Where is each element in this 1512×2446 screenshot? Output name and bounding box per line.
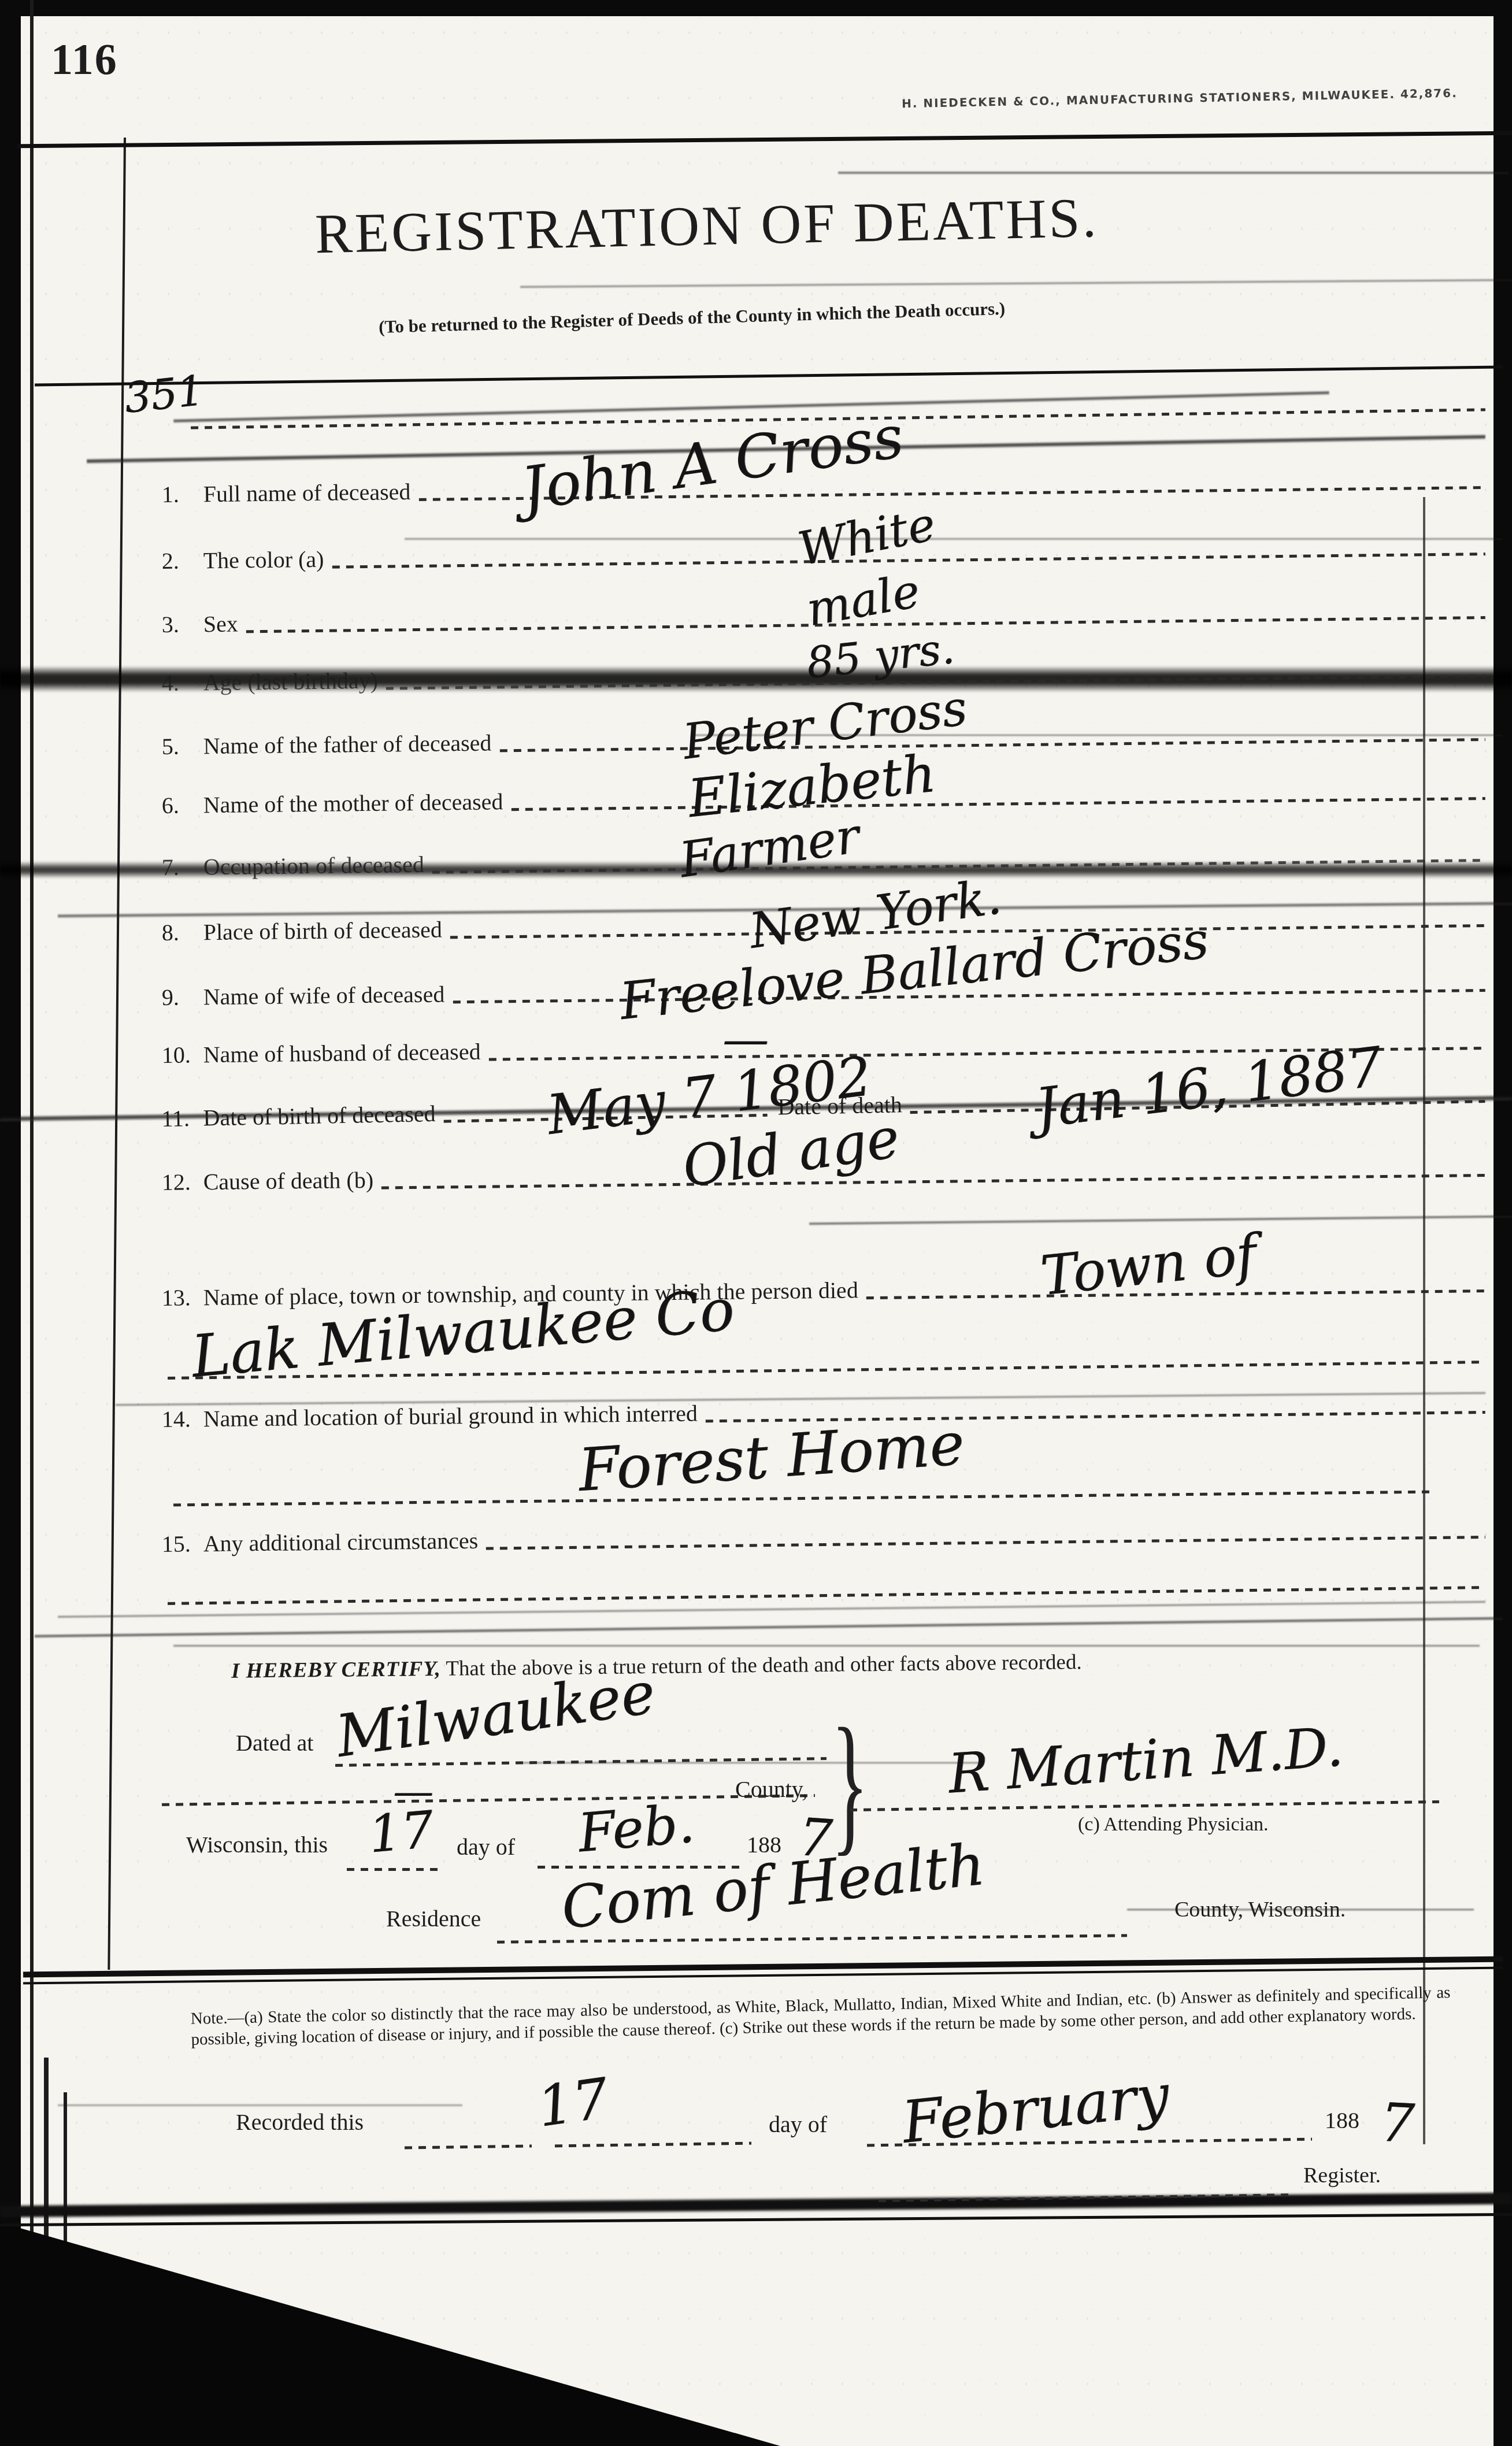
recorded-year-printed: 188 xyxy=(1325,2107,1359,2134)
field-number: 8. xyxy=(161,918,203,946)
dated-at-label: Dated at xyxy=(236,1729,313,1756)
scan-streak xyxy=(520,279,1512,288)
form-title: REGISTRATION OF DEATHS. xyxy=(314,186,1099,266)
field-label: The color (a) xyxy=(203,546,324,574)
top-rule xyxy=(17,131,1512,149)
form-subtitle: (To be returned to the Register of Deeds… xyxy=(379,298,1006,338)
scan-streak xyxy=(173,1644,1480,1647)
field-label: Any additional circumstances xyxy=(203,1527,478,1557)
residence-suffix: County, Wisconsin. xyxy=(1174,1897,1346,1922)
recorded-day-of: day of xyxy=(769,2111,827,2138)
bottom-corner-shadow xyxy=(0,2222,780,2446)
scan-streak xyxy=(809,1215,1512,1226)
recorded-year-digit: 7 xyxy=(1378,2092,1415,2155)
top-edge xyxy=(0,0,1512,16)
field-label: Place of birth of deceased xyxy=(203,916,442,946)
field-number: 11. xyxy=(161,1105,203,1132)
field-label: Name of the mother of deceased xyxy=(203,788,503,818)
death-registration-scan: 116 H. NIEDECKEN & CO., MANUFACTURING ST… xyxy=(0,0,1512,2446)
recorded-prefix-line xyxy=(405,2144,532,2149)
field-label: Cause of death (b) xyxy=(203,1166,373,1195)
field-label: Sex xyxy=(203,610,238,638)
field-number: 10. xyxy=(161,1041,203,1069)
field-row-15: 15. Any additional circumstances xyxy=(161,1515,1485,1558)
recorded-day-line xyxy=(555,2142,751,2148)
field-label: Name of husband of deceased xyxy=(203,1038,480,1068)
recorded-day: 17 xyxy=(533,2066,613,2140)
scan-streak xyxy=(838,171,1509,175)
dotted-line xyxy=(486,1536,1485,1550)
field-number: 7. xyxy=(161,853,203,881)
field-number: 12. xyxy=(161,1168,203,1196)
field-label: Name of wife of deceased xyxy=(203,980,444,1010)
header-rule xyxy=(35,365,1503,386)
state-month-value: Feb. xyxy=(576,1792,697,1864)
scan-streak xyxy=(35,1616,1503,1638)
field-label: Date of birth of deceased xyxy=(203,1100,436,1132)
state-line-prefix: Wisconsin, this xyxy=(186,1831,328,1858)
attending-physician-label: (c) Attending Physician. xyxy=(1078,1814,1269,1836)
residence-label: Residence xyxy=(386,1905,481,1932)
field-number: 14. xyxy=(161,1405,203,1433)
blank-line xyxy=(162,1794,815,1806)
footnote: Note.—(a) State the color so distinctly … xyxy=(190,1982,1451,2050)
field-number: 1. xyxy=(161,480,203,508)
margin-rule xyxy=(108,138,126,1970)
field-number: 13. xyxy=(161,1284,203,1311)
printer-imprint: H. NIEDECKEN & CO., MANUFACTURING STATIO… xyxy=(902,86,1458,110)
county-label: County, xyxy=(735,1776,807,1803)
state-day-value: 17 xyxy=(366,1799,436,1864)
dotted-line xyxy=(381,1174,1485,1189)
dotted-line xyxy=(511,797,1485,811)
field-label: Name and location of burial ground in wh… xyxy=(203,1399,698,1432)
binding-line xyxy=(30,0,34,2446)
record-number: 351 xyxy=(122,366,206,423)
register-label: Register. xyxy=(1303,2163,1381,2188)
certify-statement: I HEREBY CERTIFY, That the above is a tr… xyxy=(231,1650,1082,1683)
field-number: 6. xyxy=(161,791,203,819)
certify-lead: I HEREBY CERTIFY, xyxy=(231,1657,441,1683)
dotted-line xyxy=(499,738,1485,752)
state-day-line xyxy=(347,1868,439,1871)
field-number: 2. xyxy=(161,547,203,575)
physician-signature: R Martin M.D. xyxy=(946,1715,1345,1806)
signature-line xyxy=(850,1800,1439,1811)
state-day-of-label: day of xyxy=(457,1833,515,1861)
field-row-13: 13. Name of place, town or township, and… xyxy=(161,1269,1485,1311)
field-number: 5. xyxy=(161,732,203,760)
field-number: 3. xyxy=(161,610,203,638)
field-label: Full name of deceased xyxy=(203,478,410,507)
recorded-prefix: Recorded this xyxy=(236,2108,364,2136)
field-14-value-line xyxy=(173,1491,1433,1507)
field-label: Name of the father of deceased xyxy=(203,729,491,760)
field-label: Age (last birthday) xyxy=(203,667,378,696)
page-number: 116 xyxy=(51,35,118,85)
field-number: 4. xyxy=(161,669,203,696)
field-label: Occupation of deceased xyxy=(203,851,424,880)
field-number: 15. xyxy=(161,1530,203,1558)
scan-streak xyxy=(58,2104,462,2107)
left-edge xyxy=(0,0,21,2446)
field-number: 9. xyxy=(161,983,203,1011)
